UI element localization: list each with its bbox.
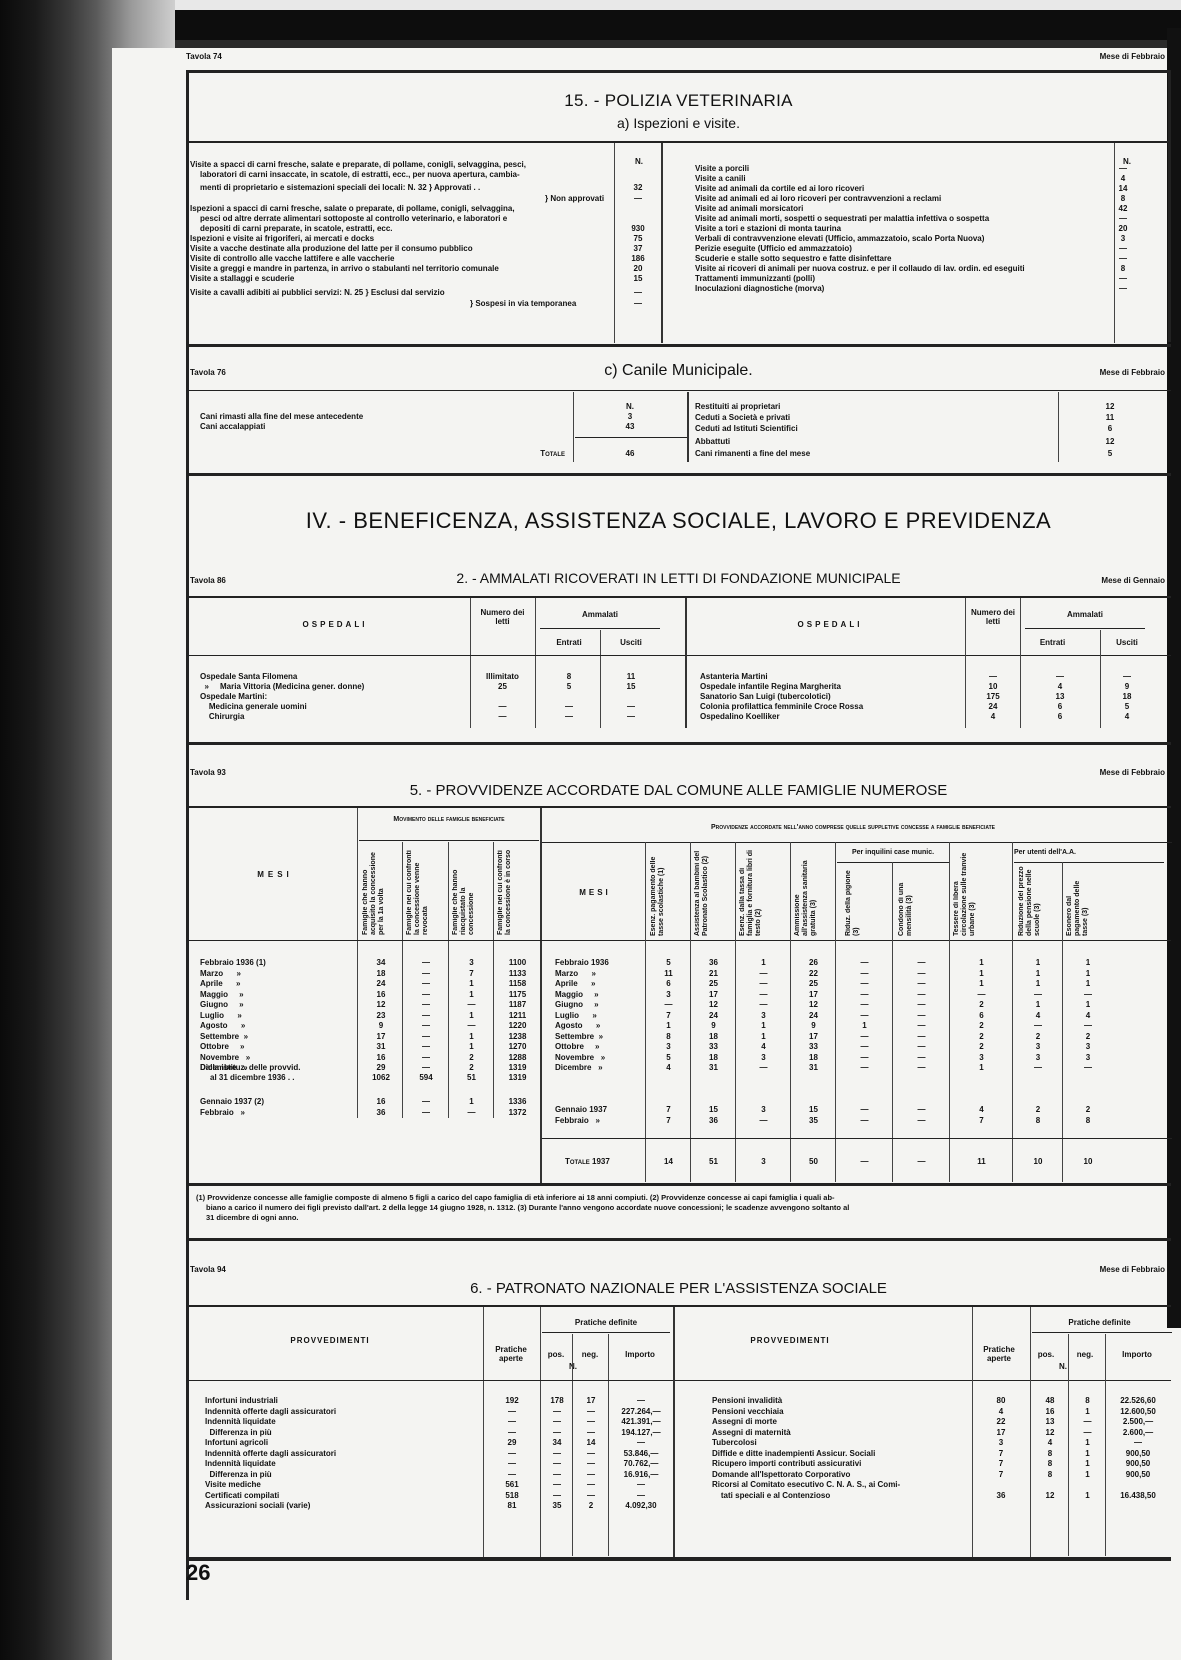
t93-cell: — [837,1105,892,1115]
t93-summary-cell: 1319 [495,1073,540,1083]
t93-cell: 1 [951,1063,1012,1073]
t86-cell: 5 [540,682,598,692]
list-item: Cani rimanenti a fine del mese [695,449,1050,459]
t94-cell: 12 [1032,1491,1068,1501]
t94-cell: 16.438,50 [1107,1491,1169,1501]
t86-usciti-header: Usciti [602,638,660,647]
t94-cell: — [574,1417,608,1427]
list-item: Visite a canili [695,174,1105,184]
t94-cell: 7 [974,1459,1028,1469]
t94-cell: 12.600,50 [1107,1407,1169,1417]
t93-cell: 1 [1014,969,1062,979]
t86-cell: 5 [1102,702,1152,712]
t86-cell: 8 [540,672,598,682]
table-row: Pensioni vecchiaia [712,1407,967,1417]
t74-n-header: N. [619,157,659,166]
list-item: Perizie eseguite (Ufficio ed ammazzatoio… [695,244,1105,254]
t94-cell: — [486,1428,538,1438]
t93-cell: 3 [647,1042,690,1052]
t93-divider [1012,842,1013,1182]
t94-cell: 518 [486,1491,538,1501]
t94-cell: 4.092,30 [610,1501,672,1511]
t74-right-value: 20 [1113,224,1133,234]
t93-mesi-header-right: MESI [555,888,635,897]
t74-right-value: — [1113,214,1133,224]
t94-pos-header: pos. [542,1350,570,1359]
t93-cell: — [737,979,790,989]
t94-divider [972,1307,973,1557]
t93-inquilini-header: Per inquilini case munic. [838,848,948,857]
t94-cell: — [486,1470,538,1480]
t93-cell: 7 [647,1116,690,1126]
t93-cell: 4 [1014,1011,1062,1021]
t94-cell: 35 [542,1501,572,1511]
t94-top-frame-rule [186,1238,1171,1241]
t74-mese-label: Mese di Febbraio [1100,52,1165,61]
table-row: Agosto » [555,1021,643,1031]
t93-cell: 1 [951,969,1012,979]
t74-right-value: — [1113,244,1133,254]
t86-cell: 13 [1025,692,1095,702]
t93-cell: 1 [450,990,493,1000]
t94-cell: 17 [574,1396,608,1406]
t76-mese-label: Mese di Febbraio [1100,368,1165,377]
t93-cell: 1 [1064,979,1112,989]
t94-cell: 4 [1032,1438,1068,1448]
t93-cell: 12 [360,1000,402,1010]
t93-total-cell: 10 [1014,1157,1062,1167]
t94-cell: — [486,1417,538,1427]
t93-cell: 7 [450,969,493,979]
t94-cell: 80 [974,1396,1028,1406]
t93-cell: — [737,1000,790,1010]
t86-cell: 4 [1102,712,1152,722]
t76-right-value: 12 [1095,402,1125,412]
t93-cell: — [404,958,448,968]
t86-mid-divider [685,598,687,728]
t93-cell: 24 [692,1011,735,1021]
list-item: Scuderie e stalle sotto sequestro e fatt… [695,254,1105,264]
t93-cell: 18 [692,1053,735,1063]
t93-cell: — [837,1053,892,1063]
t93-cell: 2 [1014,1105,1062,1115]
t93-cell: 3 [1064,1053,1112,1063]
t93-summary-cell: 51 [450,1073,493,1083]
t93-cell: — [951,990,1012,1000]
t93-cell: 1 [450,979,493,989]
t86-cell: 18 [1102,692,1152,702]
t94-cell: — [610,1480,672,1490]
t74-right-value: 4 [1113,174,1133,184]
table-row: Luglio » [555,1011,643,1021]
t86-sub-rule [1025,628,1145,629]
list-item: Ispezioni a spacci di carni fresche, sal… [190,204,610,214]
t94-cell: — [542,1480,572,1490]
t86-cell: Illimitato [475,672,530,682]
t74-value: 75 [618,234,658,244]
t94-cell: 3 [974,1438,1028,1448]
t93-col-header: Assistenza al bambini del Patronato Scol… [694,848,732,936]
t93-cell: 2 [951,1000,1012,1010]
t93-col-header: Famiglie che hanno riacquistato la conce… [452,845,492,935]
t93-cell: 3 [737,1053,790,1063]
t94-n-header: N. [566,1362,580,1371]
list-item: Verbali di contravvenzione elevati (Uffi… [695,234,1105,244]
table-row: Ospedale Martini: [200,692,465,702]
t93-cell: 17 [792,1032,835,1042]
t93-cell: — [894,979,949,989]
t94-cell: 1 [1070,1470,1105,1480]
t94-cell: 2 [574,1501,608,1511]
t94-neg-header: neg. [576,1350,604,1359]
t94-cell: 7 [974,1449,1028,1459]
t93-cell: 3 [1014,1042,1062,1052]
t86-cell: 4 [1025,682,1095,692]
t94-cell: 1 [1070,1407,1105,1417]
t86-letti-header: Numero dei letti [475,608,530,626]
t93-cell: 1 [1064,1000,1112,1010]
t93-col-header: Famiglie nei cui confronti la concession… [497,845,537,935]
t86-cell: — [1102,672,1152,682]
t93-cell: 1175 [495,990,540,1000]
t93-inquilini-rule [837,862,949,863]
t86-mese-label: Mese di Gennaio [1101,576,1165,585]
table-row: Certificati compilati [205,1491,480,1501]
t94-cell: 17 [974,1428,1028,1438]
table-row: Aprile » [555,979,643,989]
t86-divider [470,598,471,728]
t93-cell: — [737,990,790,1000]
t94-cell: 1 [1070,1491,1105,1501]
t93-cell: 1 [450,1097,493,1107]
t93-cell: 3 [737,1105,790,1115]
table-row: Maggio » [200,990,350,1000]
list-item: laboratori di carni insaccate, in scatol… [200,170,610,180]
t76-total-value: 46 [610,449,650,459]
t93-cell: 25 [692,979,735,989]
t93-cell: — [894,1105,949,1115]
t94-cell: 8 [1032,1459,1068,1469]
t93-cell: 1 [450,1011,493,1021]
list-item: Visite ad animali ed ai loro ricoveri pe… [695,194,1105,204]
t93-cell: — [894,1032,949,1042]
table-row: tati speciali e al Contenzioso [712,1491,967,1501]
t94-cell: 7 [974,1470,1028,1480]
list-item: Visite ai ricoveri di animali per nuova … [695,264,1105,274]
t93-cell: 31 [792,1063,835,1073]
t93-col-header: Condono di una mensilità (3) [898,866,938,936]
t74-value: — [618,288,658,298]
t93-total-cell: 3 [737,1157,790,1167]
table-row: Tubercolosi [712,1438,967,1448]
t93-cell: 1133 [495,969,540,979]
t93-cell: 11 [647,969,690,979]
list-item: Abbattuti [695,437,1050,447]
t93-divider [835,842,836,1182]
t93-summary-label: al 31 dicembre 1936 . . [210,1073,350,1083]
t93-bottom-rule [186,1183,1171,1186]
t86-header-rule [186,655,1171,656]
t94-cell: — [486,1459,538,1469]
t93-cell: — [404,1053,448,1063]
t76-total-label: Totale [505,449,565,459]
t94-cell: — [610,1396,672,1406]
t93-cell: 2 [951,1042,1012,1052]
t93-cell: — [894,958,949,968]
t93-cell: 2 [450,1053,493,1063]
t93-divider [892,862,893,1182]
t93-cell: 1158 [495,979,540,989]
t94-divider [572,1334,573,1556]
t93-cell: 7 [647,1011,690,1021]
t93-col-header: Riduzione del prezzo della pensione nell… [1018,866,1058,936]
t93-cell: — [737,1116,790,1126]
t93-cell: — [737,1063,790,1073]
list-item: Visite a stallaggi e scuderie [190,274,610,284]
t93-cell: — [404,1032,448,1042]
t74-right-value: 3 [1113,234,1133,244]
t94-cell: 178 [542,1396,572,1406]
table-row: Novembre » [200,1053,350,1063]
t74-right-value: — [1113,274,1133,284]
t93-cell: 1 [1014,1000,1062,1010]
t93-cell: — [837,1011,892,1021]
t93-cell: 1336 [495,1097,540,1107]
table-row: Astanteria Martini [700,672,960,682]
table-row: » Maria Vittoria (Medicina gener. donne) [200,682,465,692]
t93-cell: — [837,1063,892,1073]
t93-cell: 36 [692,958,735,968]
t93-cell: 17 [692,990,735,1000]
t93-col-header: Famiglie nei cui confronti la concession… [406,845,446,935]
t93-cell: 5 [647,958,690,968]
t93-cell: 1 [1064,958,1112,968]
t93-cell: — [837,990,892,1000]
t86-cell: — [540,702,598,712]
t94-cell: 13 [1032,1417,1068,1427]
t93-cell: 23 [360,1011,402,1021]
t86-bottom-rule [186,742,1171,745]
t74-header-rule [189,141,1168,143]
t86-cell: 10 [968,682,1018,692]
table-row: Visite mediche [205,1480,480,1490]
t94-cell: 194.127,— [610,1428,672,1438]
table-row: Aprile » [200,979,350,989]
t93-cell: 2 [1064,1105,1112,1115]
t93-cell: — [894,1063,949,1073]
t86-cell: 6 [1025,712,1095,722]
t93-cell: 1 [647,1021,690,1031]
t93-cell: 26 [792,958,835,968]
t93-divider [645,842,646,1182]
t93-cell: — [1014,1063,1062,1073]
t93-cell: 1319 [495,1063,540,1073]
t94-cell: 70.762,— [610,1459,672,1469]
table-row: Infortuni agricoli [205,1438,480,1448]
t94-cell: — [1070,1417,1105,1427]
t93-cell: 3 [1014,1053,1062,1063]
t93-cell: 4 [647,1063,690,1073]
t94-cell: 561 [486,1480,538,1490]
scan-top-margin [0,0,1181,10]
t93-cell: — [894,1000,949,1010]
t93-cell: — [404,1108,448,1118]
t74-right-value: 8 [1113,264,1133,274]
t93-cell: — [894,1042,949,1052]
table-row: Medicina generale uomini [200,702,465,712]
t93-total-rule [542,1138,1172,1139]
list-item: Visite ad animali da cortile ed ai loro … [695,184,1105,194]
t76-n-header: N. [610,402,650,411]
t94-cell: 53.846,— [610,1449,672,1459]
list-item: Visite a cavalli adibiti ai pubblici ser… [190,288,610,298]
t93-cell: — [647,1000,690,1010]
table-row: Chirurgia [200,712,465,722]
t94-cell: 2.500,— [1107,1417,1169,1427]
table-row: Assegni di morte [712,1417,967,1427]
t76-header-rule [186,390,1171,391]
table-row: Pensioni invalidità [712,1396,967,1406]
t74-value: 32 [618,183,658,193]
t94-cell: 900,50 [1107,1470,1169,1480]
t86-divider [535,598,536,728]
t93-divider [949,842,950,1182]
t93-mid-divider [540,808,542,1183]
t94-pos-header-right: pos. [1032,1350,1060,1359]
section-heading: IV. - BENEFICENZA, ASSISTENZA SOCIALE, L… [186,508,1171,534]
t94-neg-header-right: neg. [1070,1350,1100,1359]
t93-cell: 9 [360,1021,402,1031]
t93-cell: — [450,1021,493,1031]
t93-cell: 36 [360,1108,402,1118]
t93-header-rule [186,940,1171,941]
list-item: depositi di carni preparate, in scatole,… [200,224,610,234]
t93-cell: 24 [792,1011,835,1021]
t93-cell: 18 [692,1032,735,1042]
t94-title: 6. - PATRONATO NAZIONALE PER L'ASSISTENZ… [186,1280,1171,1297]
list-item: Visite a vacche destinate alla produzion… [190,244,610,254]
t93-col-header: Ammissione all'assistenza sanitaria grat… [794,848,832,936]
t94-cell: — [574,1428,608,1438]
table-row: Gennaio 1937 (2) [200,1097,350,1107]
t74-right-value: — [1113,164,1133,174]
t94-cell: 36 [974,1491,1028,1501]
t74-value: 20 [618,264,658,274]
table-row: Agosto » [200,1021,350,1031]
t86-cell: 25 [475,682,530,692]
t93-divider [448,842,449,1118]
t93-cell: 18 [360,969,402,979]
t86-cell: 11 [602,672,660,682]
t93-cell: 12 [792,1000,835,1010]
t93-cell: — [837,958,892,968]
t93-cell: 2 [1014,1032,1062,1042]
t93-cell: — [404,1097,448,1107]
t93-cell: 3 [1064,1042,1112,1052]
t93-cell: 34 [360,958,402,968]
t94-header-rule [186,1380,1171,1381]
table-row: Sanatorio San Luigi (tubercolotici) [700,692,960,702]
t74-value: 37 [618,244,658,254]
t93-cell: — [450,1108,493,1118]
t86-usciti-header-right: Usciti [1102,638,1152,647]
t94-cell: 22.526,60 [1107,1396,1169,1406]
list-item: Visite di controllo alle vacche lattifer… [190,254,610,264]
t93-col-header: Esenz. pagamento delle tasse scolastiche… [650,848,688,936]
t93-total-cell: 11 [951,1157,1012,1167]
list-item: menti di proprietario e sistemazioni spe… [200,183,610,193]
t93-total-cell: 50 [792,1157,835,1167]
list-item: Visite a porcili [695,164,1105,174]
t93-cell: 22 [792,969,835,979]
t86-letti-header-right: Numero dei letti [968,608,1018,626]
t93-cell: 8 [647,1032,690,1042]
t94-cell: — [542,1491,572,1501]
t93-total-cell: — [894,1157,949,1167]
t86-ospedali-header: OSPEDALI [210,620,460,629]
t86-cell: 6 [1025,702,1095,712]
list-item: Cani accalappiati [200,422,560,432]
t94-cell: 34 [542,1438,572,1448]
table-row: Maggio » [555,990,643,1000]
t94-cell: 192 [486,1396,538,1406]
t94-cell: 22 [974,1417,1028,1427]
list-item: } Sospesi in via temporanea [470,299,610,309]
t76-right-value: 6 [1095,424,1125,434]
t94-cell: — [610,1491,672,1501]
t93-cell: — [894,1021,949,1031]
table-row: Luglio » [200,1011,350,1021]
t93-cell: — [837,1042,892,1052]
t93-cell: 16 [360,1053,402,1063]
t93-cell: 9 [792,1021,835,1031]
t93-divider [357,808,358,1118]
t94-cell: 81 [486,1501,538,1511]
t94-cell: 900,50 [1107,1459,1169,1469]
t94-cell: — [574,1407,608,1417]
t94-cell: — [542,1428,572,1438]
list-item: Inoculazioni diagnostiche (morva) [695,284,1105,294]
t76-total-rule [575,437,687,438]
table-row: Febbraio » [200,1108,350,1118]
t93-cell: 2 [951,1032,1012,1042]
t93-col-header: Esonero dal pagamento delle tasse (3) [1066,866,1106,936]
t94-bottom-rule [186,1557,1171,1561]
t93-cell: — [894,990,949,1000]
t93-cell: 21 [692,969,735,979]
t86-cell: 24 [968,702,1018,712]
t93-cell: 1372 [495,1108,540,1118]
t93-summary-label: Dalla istituz. delle provvid. [200,1063,350,1073]
table-row: Differenza in più [205,1428,480,1438]
t93-cell: 1 [837,1021,892,1031]
list-item: Ispezioni e visite ai frigoriferi, ai me… [190,234,610,244]
t94-divider [1030,1307,1031,1557]
table-row: Ospedale Santa Filomena [200,672,465,682]
tavola-74-label: Tavola 74 [186,52,222,61]
t94-aperte-header-right: Pratiche aperte [974,1345,1024,1363]
t74-right-value: 42 [1113,204,1133,214]
t93-cell: — [837,1000,892,1010]
table-row: Ricorsi al Comitato esecutivo C. N. A. S… [712,1480,967,1490]
t76-bottom-rule [186,473,1171,476]
table-row: Gennaio 1937 [555,1105,643,1115]
t93-cell: 1 [951,958,1012,968]
t94-importo-header-right: Importo [1107,1350,1167,1359]
table-row: Ricupero importi contributi assicurativi [712,1459,967,1469]
t93-cell: 4 [1064,1011,1112,1021]
table-row: Indennità liquidate [205,1417,480,1427]
